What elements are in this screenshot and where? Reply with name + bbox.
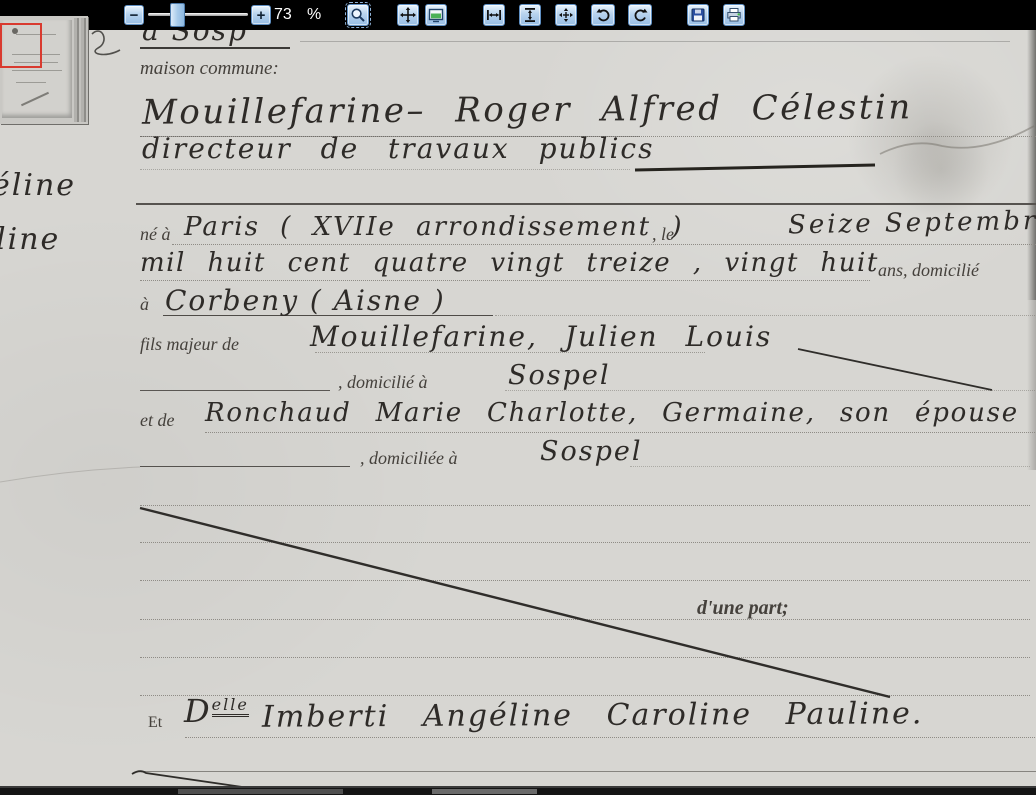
floppy-disk-icon xyxy=(690,7,706,23)
ruled-line xyxy=(172,244,1036,245)
ruled-line xyxy=(140,466,350,467)
fit-height-button[interactable] xyxy=(519,4,541,26)
thumbnail-text-line xyxy=(12,70,62,71)
handwriting-father-name: Mouillefarine, Julien Louis xyxy=(310,320,772,353)
handwriting-profession: directeur de travaux publics xyxy=(142,132,654,165)
thumbnail-navigator[interactable] xyxy=(0,16,88,124)
fit-width-icon xyxy=(486,7,502,23)
ruled-line xyxy=(140,390,330,391)
ruled-line xyxy=(140,169,630,170)
print-button[interactable] xyxy=(723,4,745,26)
ruled-line xyxy=(140,771,1036,772)
page-stack-edges xyxy=(74,18,88,122)
label-ans-domicilie: ans, domicilié xyxy=(878,260,979,281)
rotate-left-icon xyxy=(595,7,612,23)
handwriting-groom-name: Mouillefarine– Roger Alfred Célestin xyxy=(142,87,913,132)
zoom-in-button[interactable]: + xyxy=(251,5,271,25)
bottom-strip-edge xyxy=(0,786,1036,788)
margin-note-2: line xyxy=(0,222,60,257)
handwriting-father-residence: Sospel xyxy=(508,360,611,391)
handwriting-top-fragment: à Sosp xyxy=(142,30,248,47)
ruled-line xyxy=(140,619,1030,620)
handwriting-residence: Corbeny ( Aisne ) xyxy=(165,284,446,317)
rotate-right-button[interactable] xyxy=(628,4,652,26)
zoom-slider-track[interactable] xyxy=(148,13,248,16)
fit-page-button[interactable] xyxy=(555,4,577,26)
image-viewer-window: − + 73 % xyxy=(0,0,1036,795)
label-maison-commune: maison commune: xyxy=(140,58,279,80)
screen-icon xyxy=(428,7,444,23)
faded-stamp xyxy=(838,48,1023,228)
zoom-out-button[interactable]: − xyxy=(124,5,144,25)
ruled-line xyxy=(140,505,1030,506)
rotate-right-icon xyxy=(632,7,649,23)
move-arrows-icon xyxy=(400,7,416,23)
label-a: à xyxy=(140,294,149,315)
margin-note-1: éline xyxy=(0,168,76,203)
viewport-rectangle[interactable] xyxy=(0,23,42,68)
fit-width-button[interactable] xyxy=(483,4,505,26)
handwriting-birth-date: Seize Septembre xyxy=(788,206,1036,241)
page-edge-shadow-lower xyxy=(1027,300,1036,470)
bottom-strip-segment xyxy=(178,789,343,794)
fit-height-icon xyxy=(522,7,538,23)
bride-title-superscript: elle xyxy=(212,695,249,717)
pencil-scribble xyxy=(880,126,1034,154)
label-ne-a: né à xyxy=(140,224,171,245)
margin-flourish xyxy=(92,31,120,54)
strike-through-bottom xyxy=(132,771,318,787)
ruled-line xyxy=(300,41,1010,42)
magnifier-icon xyxy=(350,7,366,23)
handwriting-bride-name: Imberti Angéline Caroline Pauline. xyxy=(262,696,924,734)
handwriting-mother-residence: Sospel xyxy=(540,436,643,467)
page-edge-shadow xyxy=(1027,30,1036,300)
ruled-line xyxy=(140,47,290,49)
pan-button[interactable] xyxy=(397,4,419,26)
ruled-line xyxy=(495,315,1035,316)
ruled-line xyxy=(140,657,1030,658)
bride-title-initial: D xyxy=(184,692,212,730)
handwriting-mother-name: Ronchaud Marie Charlotte, Germaine, son … xyxy=(205,398,1019,428)
percent-sign: % xyxy=(307,6,321,24)
toolbar: − + 73 % xyxy=(0,0,1036,30)
crease-line xyxy=(0,467,140,482)
fit-screen-button[interactable] xyxy=(425,4,447,26)
ruled-line xyxy=(140,280,870,281)
minus-icon: − xyxy=(130,7,139,24)
printer-icon xyxy=(726,7,742,23)
fit-page-icon xyxy=(558,7,574,23)
ruled-line xyxy=(140,542,1030,543)
handwriting-bride-title: Delle xyxy=(184,692,249,730)
save-button[interactable] xyxy=(687,4,709,26)
ruled-line xyxy=(185,737,1035,738)
label-domicilie-a: , domicilié à xyxy=(338,372,427,393)
rotate-left-button[interactable] xyxy=(591,4,615,26)
profession-fill-dash xyxy=(635,165,875,170)
strike-through-father-line xyxy=(798,349,992,390)
zoom-percent-value: 73 xyxy=(274,6,292,24)
label-domiciliee-a: , domiciliée à xyxy=(360,448,457,469)
zoom-selection-button[interactable] xyxy=(347,4,369,26)
label-et: Et xyxy=(148,714,162,732)
ruled-line xyxy=(136,203,1036,205)
label-fils-majeur-de: fils majeur de xyxy=(140,334,239,355)
thumbnail-signature xyxy=(21,92,49,106)
ruled-line xyxy=(630,466,1030,467)
plus-icon: + xyxy=(257,7,266,24)
ruled-line xyxy=(205,432,1035,433)
document-canvas[interactable]: à Sosp maison commune: né à , le ans, do… xyxy=(0,30,1036,787)
thumbnail-text-line xyxy=(16,82,46,83)
label-et-de: et de xyxy=(140,410,174,431)
bottom-strip-segment xyxy=(432,789,537,794)
bottom-strip xyxy=(0,786,1036,795)
handwriting-birth-place: Paris ( XVIIe arrondissement ) xyxy=(184,212,684,242)
handwriting-birth-year-age: mil huit cent quatre vingt treize , ving… xyxy=(140,248,879,278)
label-dune-part: d'une part; xyxy=(697,597,789,620)
ruled-line xyxy=(140,580,1030,581)
zoom-slider-handle[interactable] xyxy=(170,3,185,27)
